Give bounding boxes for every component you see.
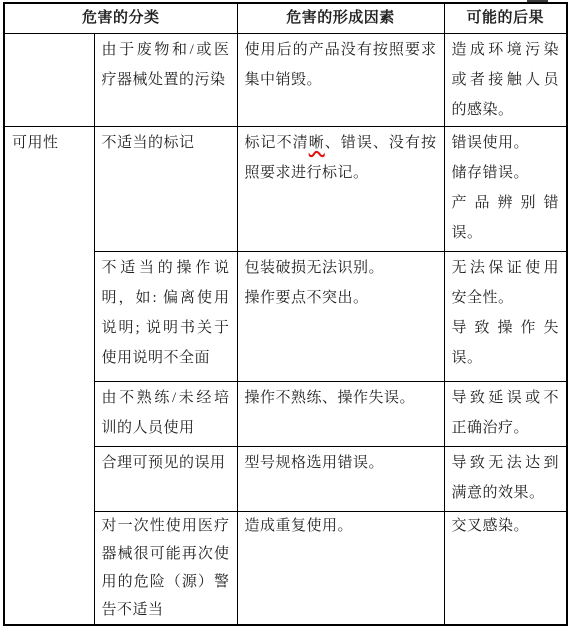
category-text: 对一次性使用医疗器械很可能再次使用的危险（源）警告不适当 [102, 512, 230, 624]
category-cell: 由于废物和/或医疗器械处置的污染 [94, 33, 237, 126]
category-cell: 由不熟练/未经培训的人员使用 [94, 381, 237, 446]
consequence-cell: 导致延误或不正确治疗。 [444, 381, 567, 446]
category-text: 不适当的标记 [102, 128, 230, 158]
consequence-cell: 无法保证使用安全性。 导致操作失误。 [444, 251, 567, 381]
cause-text: 包装破损无法识别。 操作要点不突出。 [245, 253, 437, 313]
cause-cell: 包装破损无法识别。 操作要点不突出。 [237, 251, 444, 381]
group-label-cell: 可用性 [4, 126, 94, 625]
category-cell: 对一次性使用医疗器械很可能再次使用的危险（源）警告不适当 [94, 511, 237, 625]
cause-text: 使用后的产品没有按照要求集中销毁。 [245, 35, 437, 95]
header-cell-classification: 危害的分类 [4, 3, 237, 33]
category-cell: 不适当的标记 [94, 126, 237, 251]
cause-cell: 型号规格选用错误。 [237, 446, 444, 511]
empty-group-cell [4, 33, 94, 126]
header-label-classification: 危害的分类 [82, 10, 160, 26]
category-text: 由不熟练/未经培训的人员使用 [102, 383, 230, 443]
category-cell: 合理可预见的误用 [94, 446, 237, 511]
category-text: 不适当的操作说明，如: 偏离使用说明; 说明书关于使用说明不全面 [102, 253, 230, 373]
cause-cell: 使用后的产品没有按照要求集中销毁。 [237, 33, 444, 126]
cause-text: 型号规格选用错误。 [245, 448, 437, 478]
header-label-consequence: 可能的后果 [467, 10, 545, 26]
cause-text: 操作不熟练、操作失误。 [245, 383, 437, 413]
consequence-cell: 错误使用。 储存错误。 产品辨别错误。 [444, 126, 567, 251]
consequence-text: 无法保证使用安全性。 导致操作失误。 [452, 253, 560, 373]
category-text: 合理可预见的误用 [102, 448, 230, 478]
consequence-cell: 交叉感染。 [444, 511, 567, 625]
table-row: 由于废物和/或医疗器械处置的污染 使用后的产品没有按照要求集中销毁。 造成环境污… [4, 33, 567, 126]
header-cell-cause: 危害的形成因素 [237, 3, 444, 33]
cause-cell: 标记不清晰、错误、没有按照要求进行标记。 [237, 126, 444, 251]
spellcheck-flagged-text: 晰 [309, 135, 325, 151]
category-cell: 不适当的操作说明，如: 偏离使用说明; 说明书关于使用说明不全面 [94, 251, 237, 381]
group-label-text: 可用性 [12, 135, 59, 151]
cause-text: 标记不清晰、错误、没有按照要求进行标记。 [245, 128, 437, 188]
cause-cell: 造成重复使用。 [237, 511, 444, 625]
consequence-text: 导致延误或不正确治疗。 [452, 383, 560, 443]
cause-text: 造成重复使用。 [245, 512, 437, 540]
consequence-cell: 导致无法达到满意的效果。 [444, 446, 567, 511]
hazard-analysis-table: 危害的分类 危害的形成因素 可能的后果 由于废物和/或医疗器械处置的污染 使用后… [3, 2, 568, 626]
consequence-text: 导致无法达到满意的效果。 [452, 448, 560, 508]
header-row: 危害的分类 危害的形成因素 可能的后果 [4, 3, 567, 33]
consequence-text: 交叉感染。 [452, 512, 560, 540]
cause-cell: 操作不熟练、操作失误。 [237, 381, 444, 446]
header-label-cause: 危害的形成因素 [286, 10, 395, 26]
document-page: 危害的分类 危害的形成因素 可能的后果 由于废物和/或医疗器械处置的污染 使用后… [0, 0, 569, 627]
header-cell-consequence: 可能的后果 [444, 3, 567, 33]
consequence-text: 错误使用。 储存错误。 产品辨别错误。 [452, 128, 560, 248]
category-text: 由于废物和/或医疗器械处置的污染 [102, 35, 230, 95]
consequence-text: 造成环境污染或者接触人员的感染。 [452, 35, 560, 125]
cause-text-pre: 标记不清 [245, 135, 309, 151]
consequence-cell: 造成环境污染或者接触人员的感染。 [444, 33, 567, 126]
table-row: 可用性 不适当的标记 标记不清晰、错误、没有按照要求进行标记。 错误使用。 储存… [4, 126, 567, 251]
